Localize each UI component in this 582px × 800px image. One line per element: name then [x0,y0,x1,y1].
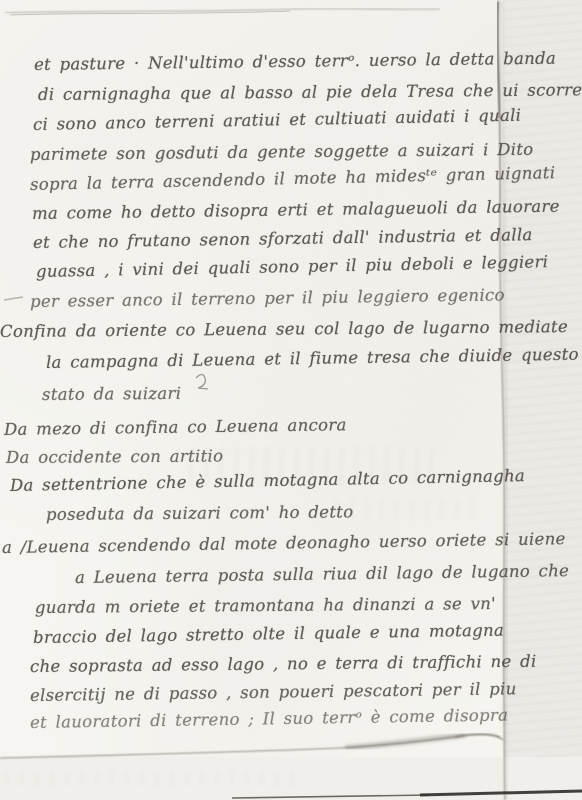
manuscript-line: a /Leuena scendendo dal mote deonagho ue… [2,529,566,557]
manuscript-text-block: et pasture · Nell'ultimo d'esso terrᵒ. u… [0,0,582,800]
manuscript-line: la campagna di Leuena et il fiume tresa … [46,345,579,372]
manuscript-line: ma come ho detto disopra erti et malague… [32,197,560,223]
manuscript-line: sopra la terra ascendendo il mote ha mid… [30,163,556,194]
manuscript-line: et lauoratori di terreno ; Il suo terrᵒ … [30,705,509,732]
manuscript-line: et che no frutano senon sforzati dall' i… [33,225,533,252]
manuscript-line: poseduta da suizari com' ho detto [46,502,354,524]
manuscript-line: Da mezo di confina co Leuena ancora [4,415,347,439]
manuscript-line: Da settentrione che è sulla motagna alta… [10,466,525,495]
manuscript-line: per esser anco il terreno per il piu leg… [30,285,505,311]
manuscript-line: ci sono anco terreni aratiui et cultiuat… [33,106,522,134]
scanned-manuscript-page: et pasture · Nell'ultimo d'esso terrᵒ. u… [0,0,582,800]
manuscript-line: che soprasta ad esso lago , no e terra d… [30,652,537,676]
manuscript-line: di carnignagha que al basso al pie dela … [38,80,582,104]
manuscript-line: parimete son gosduti da gente soggette a… [30,140,534,164]
manuscript-line: a Leuena terra posta sulla riua dil lago… [75,561,569,587]
manuscript-line: guarda m oriete et tramontana ha dinanzi… [35,594,496,617]
manuscript-line: braccio del lago stretto olte il quale e… [33,621,504,647]
manuscript-line: et pasture · Nell'ultimo d'esso terrᵒ. u… [34,49,556,74]
manuscript-line: elsercitij ne di passo , son poueri pesc… [30,679,517,705]
manuscript-line: Confina da oriente co Leuena seu col lag… [0,317,568,341]
manuscript-line: guassa , i vini dei quali sono per il pi… [36,252,549,281]
manuscript-line: stato da suizari [42,384,181,404]
manuscript-line: Da occidente con artitio [6,446,223,467]
